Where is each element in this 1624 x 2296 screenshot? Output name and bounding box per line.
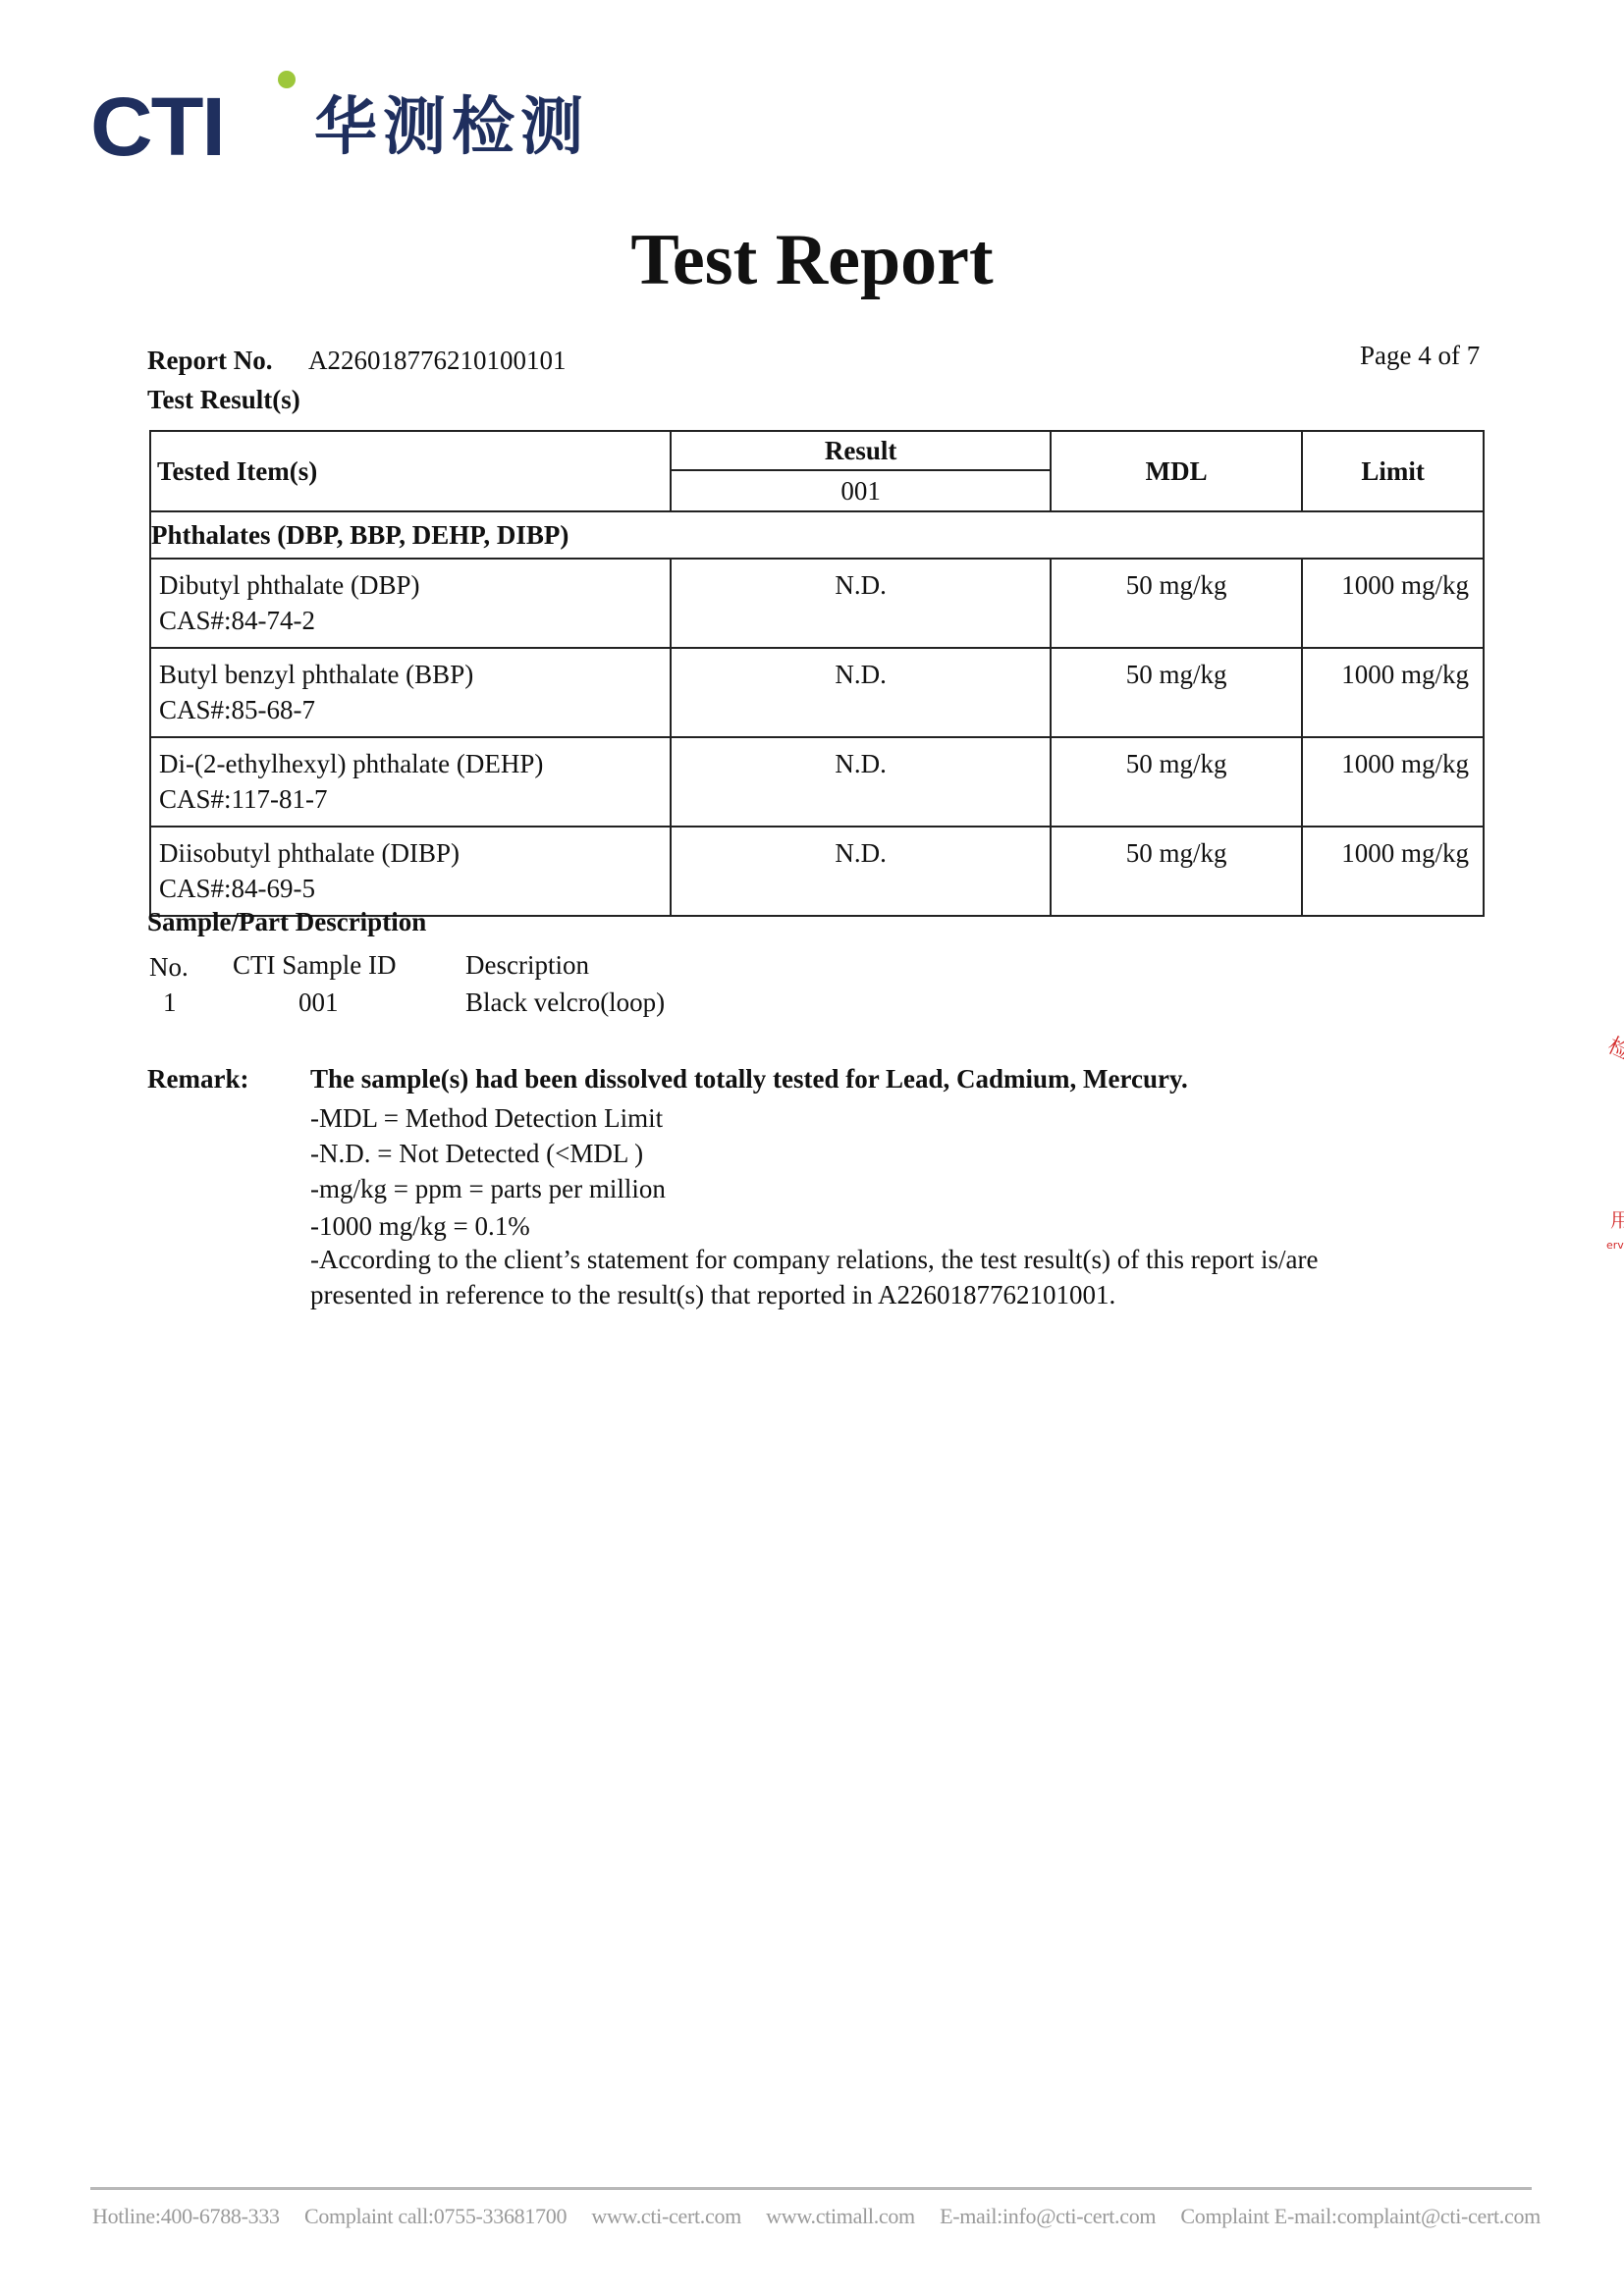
item-cas: CAS#:85-68-7	[159, 692, 670, 727]
item-name: Butyl benzyl phthalate (BBP)	[159, 657, 670, 692]
svg-text:ervic: ervic	[1606, 1239, 1624, 1252]
result-cell: N.D.	[671, 827, 1051, 916]
header-sample-id: 001	[671, 470, 1051, 511]
footer-divider	[90, 2187, 1532, 2190]
limit-cell: 1000 mg/kg	[1302, 737, 1484, 827]
item-name: Di-(2-ethylhexyl) phthalate (DEHP)	[159, 746, 670, 781]
page-indicator: Page 4 of 7	[1360, 341, 1480, 371]
item-cas: CAS#:84-74-2	[159, 603, 670, 638]
footer-hotline: Hotline:400-6788-333	[92, 2204, 280, 2228]
item-cas: CAS#:84-69-5	[159, 871, 670, 906]
result-cell: N.D.	[671, 737, 1051, 827]
item-name: Dibutyl phthalate (DBP)	[159, 567, 670, 603]
header-limit: Limit	[1302, 431, 1484, 511]
sample-row-description: Black velcro(loop)	[465, 988, 665, 1018]
report-number-label: Report No.	[147, 346, 272, 376]
remark-line: presented in reference to the result(s) …	[310, 1280, 1115, 1310]
remark-line: -mg/kg = ppm = parts per million	[310, 1174, 666, 1204]
mdl-cell: 50 mg/kg	[1051, 648, 1302, 737]
table-row: Di-(2-ethylhexyl) phthalate (DEHP) CAS#:…	[150, 737, 1484, 827]
page-title: Test Report	[0, 218, 1624, 302]
table-row: Butyl benzyl phthalate (BBP) CAS#:85-68-…	[150, 648, 1484, 737]
group-phthalates: Phthalates (DBP, BBP, DEHP, DIBP)	[150, 511, 1484, 559]
header-mdl: MDL	[1051, 431, 1302, 511]
item-cas: CAS#:117-81-7	[159, 781, 670, 817]
item-name: Diisobutyl phthalate (DIBP)	[159, 835, 670, 871]
sample-header-no: No.	[149, 952, 189, 983]
cti-logo: CTI 华测检测	[90, 71, 532, 161]
limit-cell: 1000 mg/kg	[1302, 648, 1484, 737]
mdl-cell: 50 mg/kg	[1051, 737, 1302, 827]
header-result: Result	[671, 431, 1051, 470]
logo-chinese-name: 华测检测	[314, 94, 589, 161]
section-title-test-results: Test Result(s)	[147, 385, 300, 415]
header-tested-items: Tested Item(s)	[150, 431, 671, 511]
footer-complaint-email-link[interactable]: Complaint E-mail:complaint@cti-cert.com	[1180, 2204, 1541, 2228]
tested-item-cell: Dibutyl phthalate (DBP) CAS#:84-74-2	[150, 559, 671, 648]
official-stamp-icon: 检 用 ervic	[1571, 982, 1624, 1306]
result-cell: N.D.	[671, 648, 1051, 737]
sample-header-description: Description	[465, 950, 589, 981]
tested-item-cell: Diisobutyl phthalate (DIBP) CAS#:84-69-5	[150, 827, 671, 916]
sample-description-title: Sample/Part Description	[147, 907, 426, 937]
logo-dot-icon	[278, 71, 296, 88]
limit-cell: 1000 mg/kg	[1302, 559, 1484, 648]
sample-row-no: 1	[163, 988, 177, 1018]
tested-item-cell: Di-(2-ethylhexyl) phthalate (DEHP) CAS#:…	[150, 737, 671, 827]
remark-label: Remark:	[147, 1064, 248, 1095]
footer-contact: Hotline:400-6788-333 Complaint call:0755…	[92, 2204, 1560, 2229]
limit-cell: 1000 mg/kg	[1302, 827, 1484, 916]
remark-headline: The sample(s) had been dissolved totally…	[310, 1064, 1188, 1095]
remark-line: -N.D. = Not Detected (<MDL )	[310, 1139, 643, 1169]
footer-email-link[interactable]: E-mail:info@cti-cert.com	[940, 2204, 1156, 2228]
sample-row-id: 001	[298, 988, 339, 1018]
footer-website-link[interactable]: www.cti-cert.com	[591, 2204, 741, 2228]
table-row: Dibutyl phthalate (DBP) CAS#:84-74-2 N.D…	[150, 559, 1484, 648]
remark-line: -MDL = Method Detection Limit	[310, 1103, 663, 1134]
table-row: Diisobutyl phthalate (DIBP) CAS#:84-69-5…	[150, 827, 1484, 916]
remark-line: -1000 mg/kg = 0.1%	[310, 1211, 530, 1242]
remark-line: -According to the client’s statement for…	[310, 1245, 1318, 1275]
sample-header-id: CTI Sample ID	[233, 950, 396, 981]
mdl-cell: 50 mg/kg	[1051, 827, 1302, 916]
footer-complaint-call: Complaint call:0755-33681700	[304, 2204, 567, 2228]
mdl-cell: 50 mg/kg	[1051, 559, 1302, 648]
result-cell: N.D.	[671, 559, 1051, 648]
logo-brand: CTI	[90, 92, 224, 161]
svg-text:用: 用	[1610, 1208, 1624, 1232]
footer-mall-link[interactable]: www.ctimall.com	[766, 2204, 915, 2228]
tested-item-cell: Butyl benzyl phthalate (BBP) CAS#:85-68-…	[150, 648, 671, 737]
report-number: A226018776210100101	[308, 346, 567, 376]
svg-text:检: 检	[1603, 1034, 1624, 1065]
test-results-table: Tested Item(s) Result MDL Limit 001 Phth…	[149, 430, 1485, 917]
